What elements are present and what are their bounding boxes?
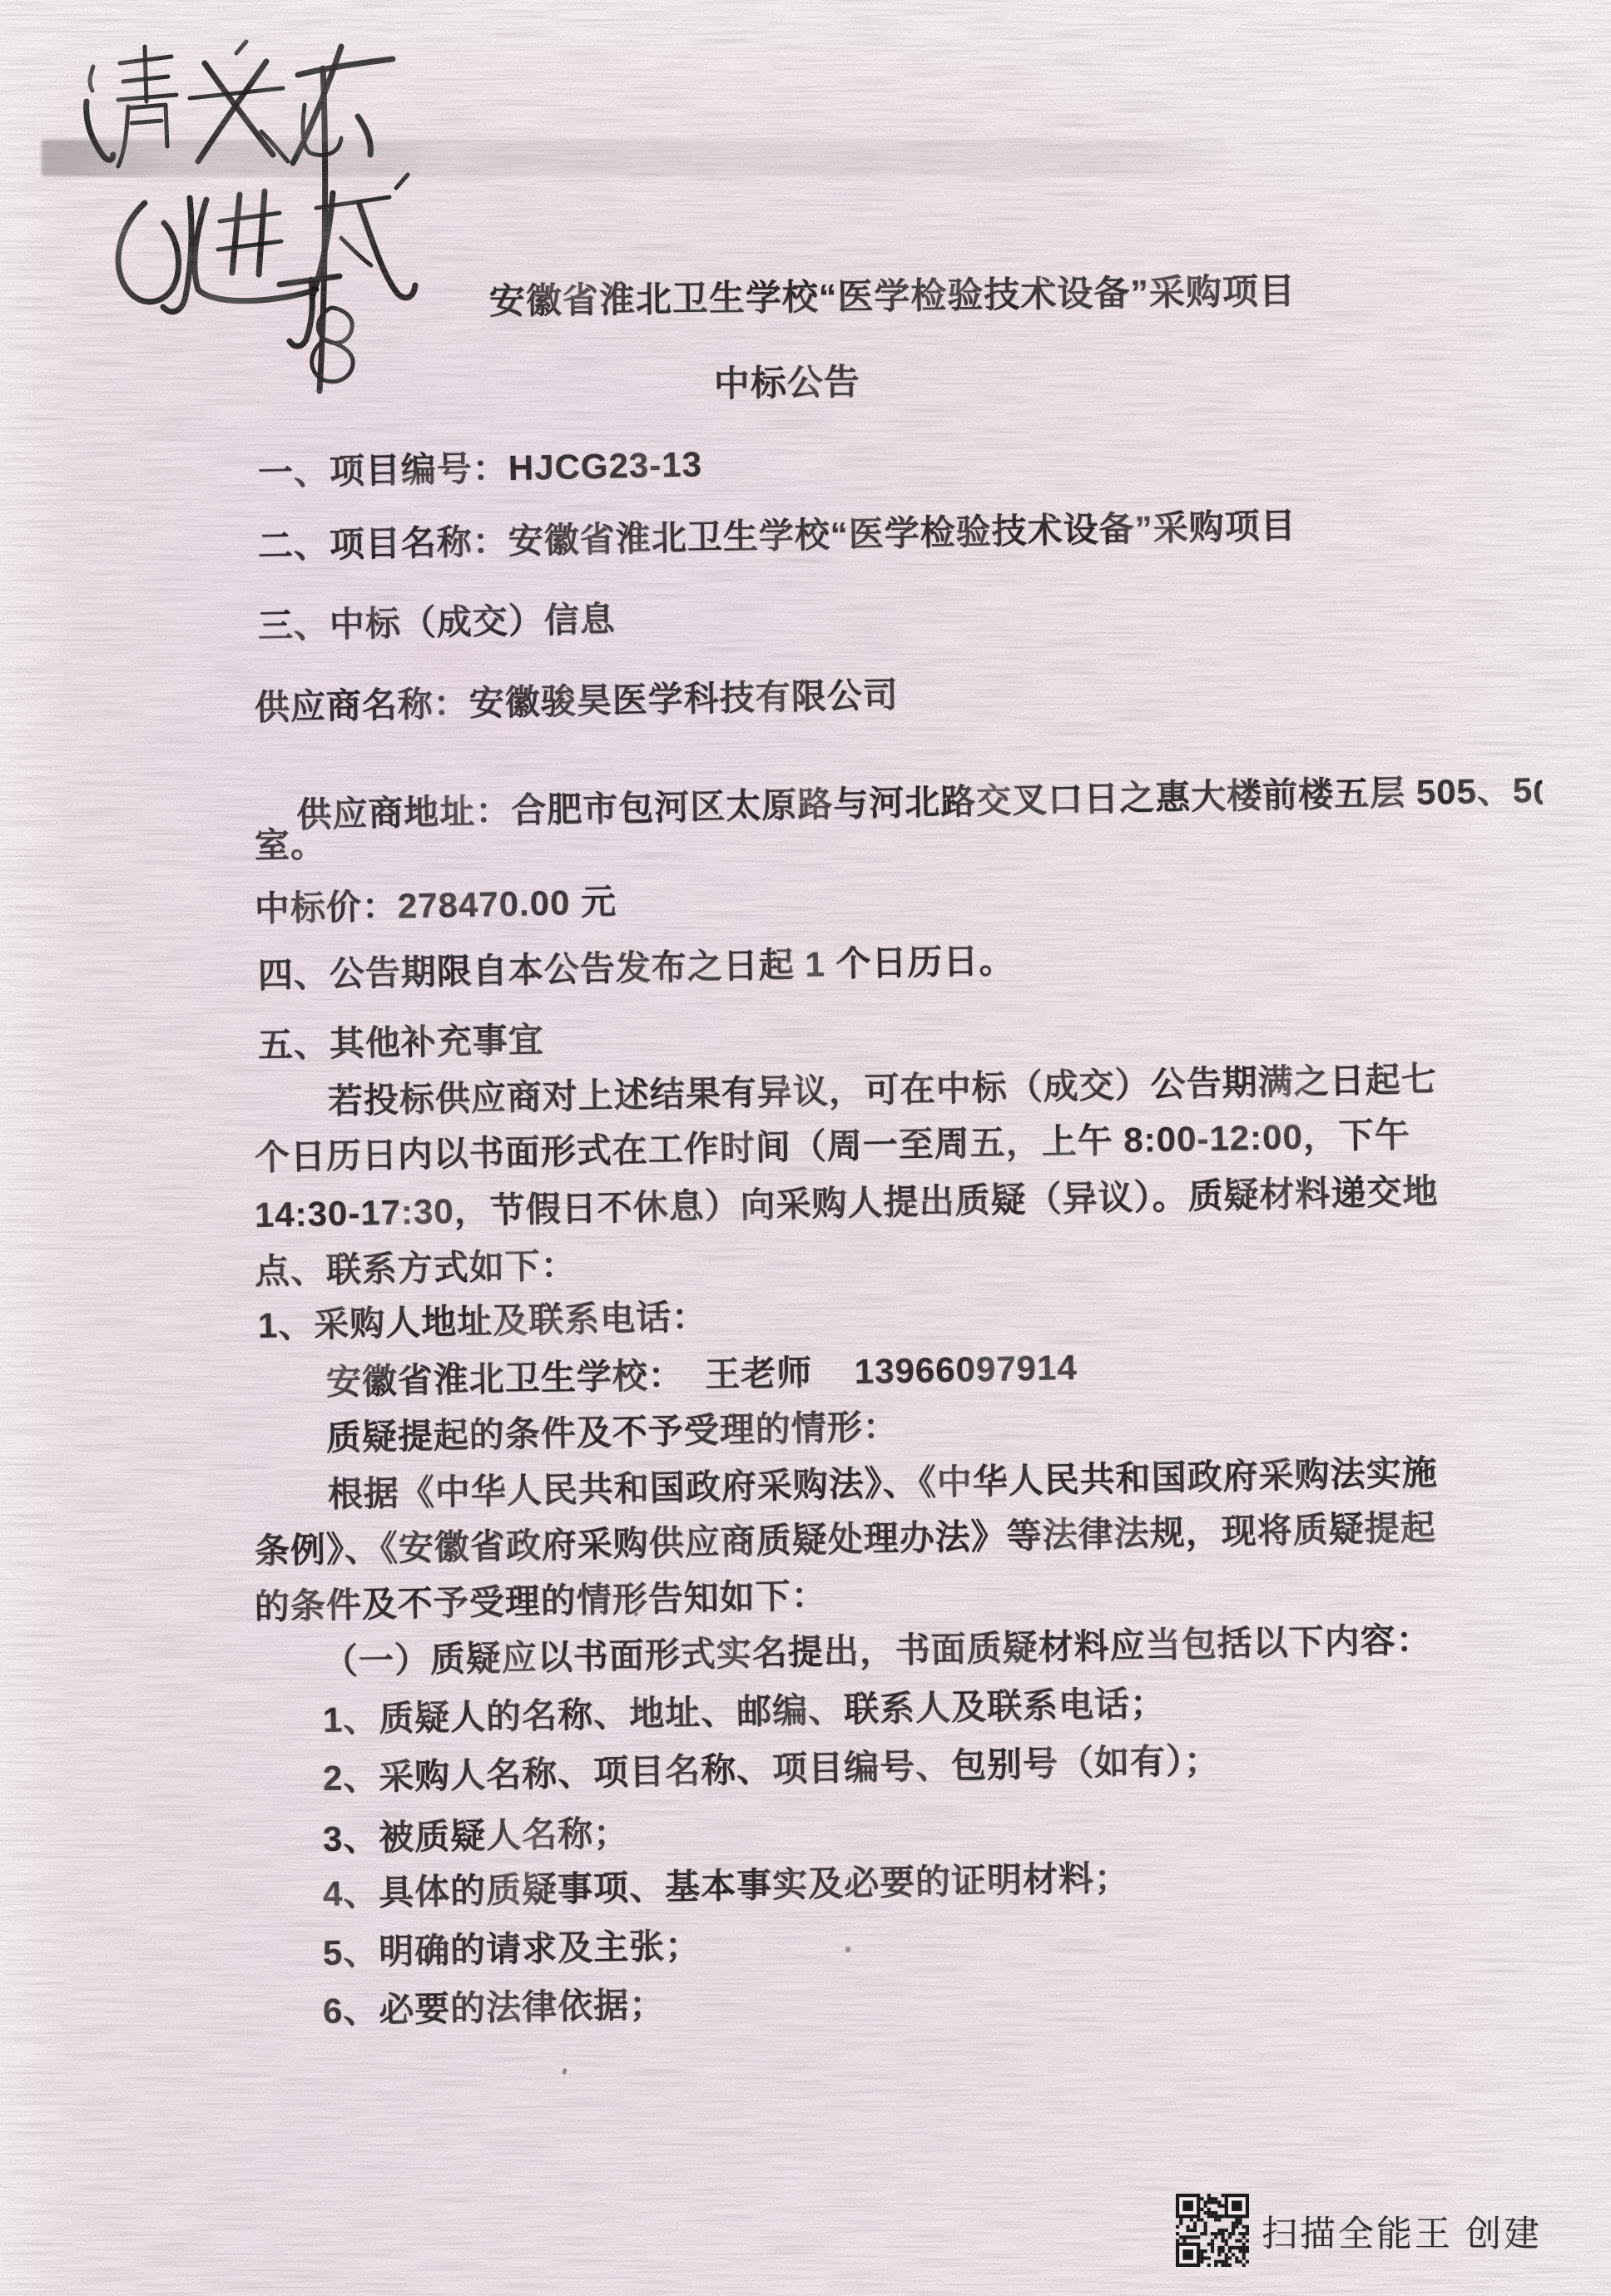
line-query-cond-heading: 质疑提起的条件及不予受理的情形： [325, 1399, 899, 1461]
line-para1-4: 点、联系方式如下： [254, 1238, 577, 1294]
line-supplier-address-wrap: 室。 [254, 817, 326, 868]
line-other-matters-heading: 五、其他补充事宜 [257, 1012, 544, 1068]
line-supplier-name: 供应商名称：安徽骏昊医学科技有限公司 [254, 667, 899, 730]
line-item6: 6、必要的法律依据； [322, 1977, 665, 2034]
line-item1: 1、质疑人的名称、地址、邮编、联系人及联系电话； [322, 1676, 1166, 1743]
camscanner-watermark-label: 扫描全能王 创建 [1262, 2206, 1542, 2257]
doc-title-line1: 安徽省淮北卫生学校“医学检验技术设备”采购项目 [489, 263, 1296, 324]
scanned-document-page: 安徽省淮北卫生学校“医学检验技术设备”采购项目 中标公告 一、项目编号：HJCG… [0, 0, 1611, 2296]
line-award-info-heading: 三、中标（成交）信息 [257, 591, 616, 649]
camscanner-qr-icon [1175, 2194, 1250, 2267]
ink-speck [845, 1947, 850, 1952]
line-para2-3: 的条件及不予受理的情形告知如下： [254, 1568, 827, 1630]
line-item3: 3、被质疑人名称； [322, 1806, 629, 1862]
line-announcement-period: 四、公告期限自本公告发布之日起 1 个日历日。 [257, 933, 1015, 998]
line-item5: 5、明确的请求及主张； [322, 1918, 701, 1976]
supplier-address-clipped-char: 0 [1533, 773, 1543, 813]
line-contact-detail: 安徽省淮北卫生学校： 王老师 13966097914 [325, 1340, 1078, 1405]
supplier-address-text: 供应商地址：合肥市包河区太原路与河北路交叉口日之惠大楼前楼五层 505、5 [296, 770, 1534, 834]
handwritten-note [65, 15, 498, 414]
line-supplier-address: 供应商地址：合肥市包河区太原路与河北路交叉口日之惠大楼前楼五层 505、50 [253, 723, 1544, 878]
line-contact-heading: 1、采购人地址及联系电话： [257, 1289, 707, 1348]
doc-title-line2: 中标公告 [714, 354, 861, 407]
line-project-no: 一、项目编号：HJCG23-13 [257, 437, 702, 496]
line-item4: 4、具体的质疑事项、基本事实及必要的证明材料； [322, 1851, 1130, 1917]
ink-speck [562, 2067, 568, 2075]
line-item2: 2、采购人名称、项目名称、项目编号、包别号（如有）； [322, 1733, 1220, 1801]
line-project-name: 二、项目名称：安徽省淮北卫生学校“医学检验技术设备”采购项目 [257, 498, 1296, 569]
line-award-price: 中标价：278470.00 元 [254, 874, 617, 932]
